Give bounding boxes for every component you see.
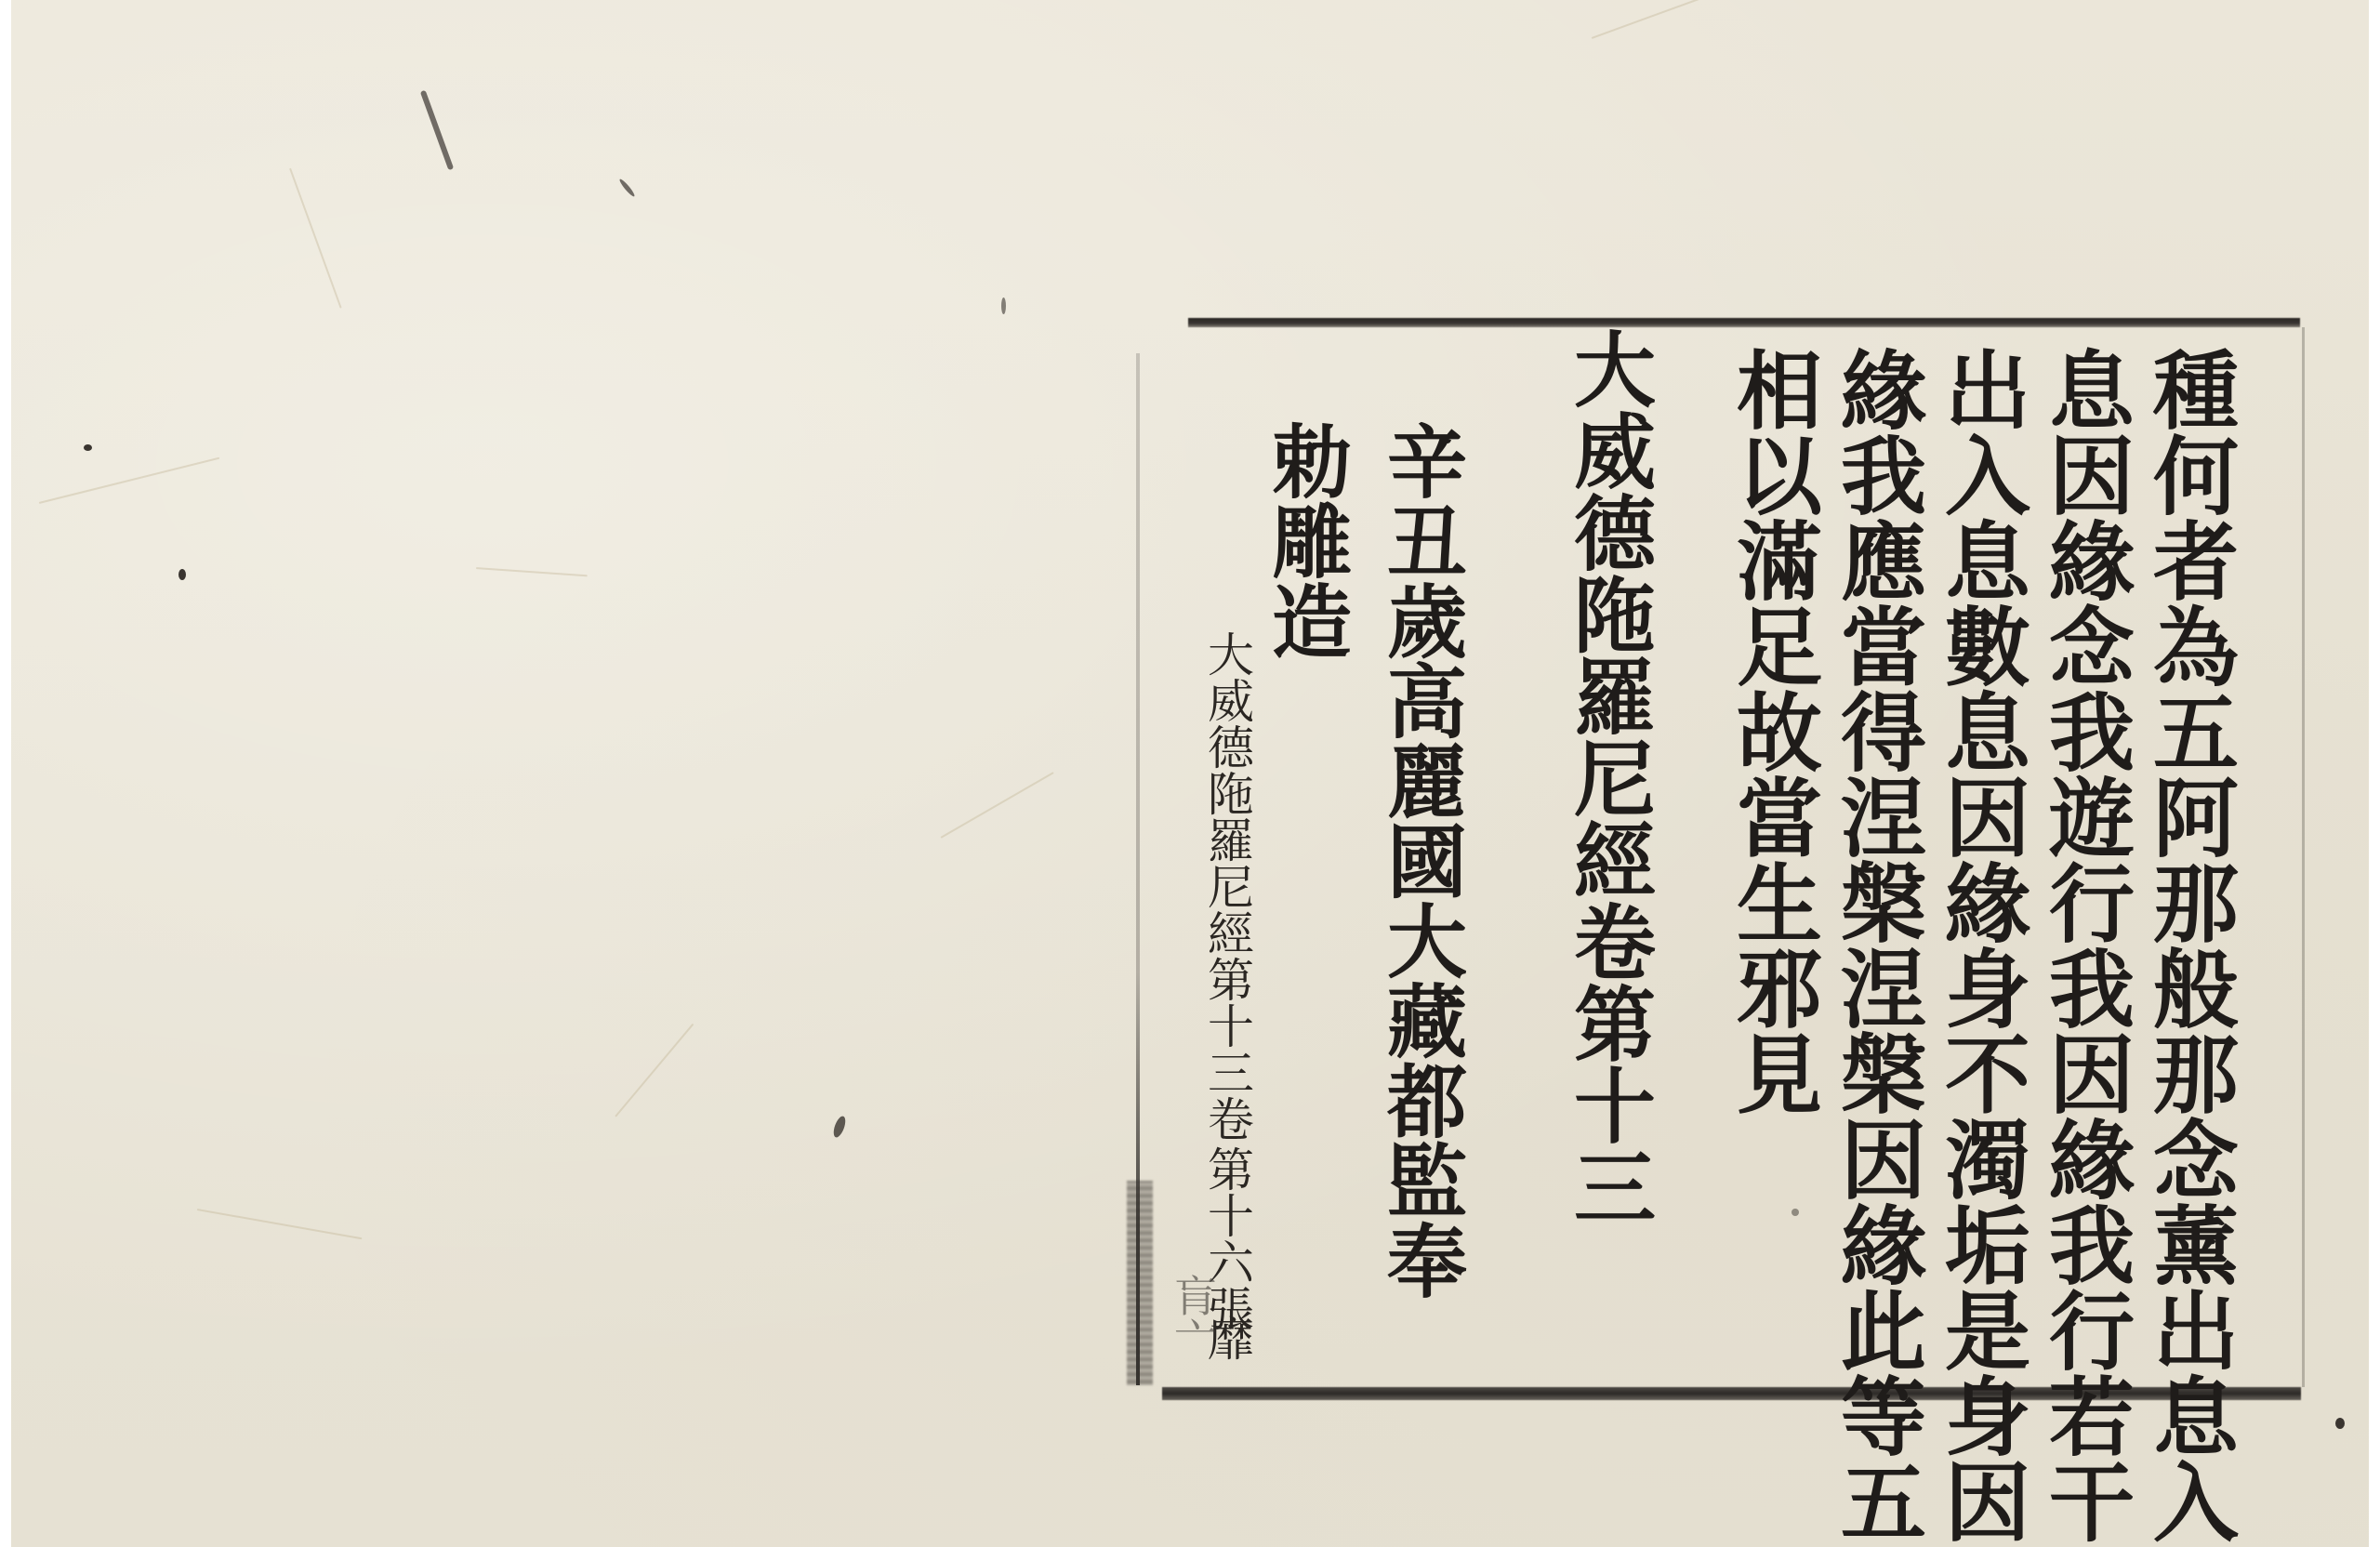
- paper-fiber: [941, 772, 1054, 839]
- margin-note-title: 大威德陁羅尼經第十三卷: [1199, 630, 1255, 1142]
- main-text-column-2: 息因緣念我遊行我因緣我行若干: [2034, 346, 2136, 1543]
- frame-right-border: [2302, 327, 2305, 1387]
- colophon-line-1: 辛丑歲高麗國大藏都監奉: [1368, 420, 1471, 1300]
- frame-top-border: [1188, 318, 2300, 327]
- paper-fiber: [39, 457, 220, 504]
- paper-fiber: [615, 1024, 694, 1117]
- ink-mark: [2335, 1418, 2345, 1429]
- ink-mark: [178, 569, 186, 580]
- paper-fiber: [289, 168, 342, 309]
- paper-fiber: [476, 567, 588, 576]
- end-title: 大威德陁羅尼經卷第十三: [1558, 327, 1660, 1227]
- ink-mark: [420, 90, 454, 171]
- ink-mark: [84, 444, 92, 451]
- ink-mark: [618, 178, 636, 198]
- paper-fiber: [1592, 0, 1784, 39]
- carver-mark: 肓亠: [1162, 1274, 1223, 1359]
- main-text-column-3: 出入息數息因緣身不濁垢是身因: [1930, 346, 2032, 1543]
- main-text-column-4: 緣我應當得涅槃涅槃因緣此等五: [1826, 346, 1928, 1543]
- ink-mark: [831, 1115, 848, 1139]
- ink-mark: [1001, 297, 1006, 314]
- ink-mark: [1792, 1209, 1799, 1216]
- paper-fiber: [197, 1209, 363, 1239]
- main-text-column-1: 種何者為五阿那般那念薰出息入: [2138, 346, 2241, 1543]
- frame-left-inked-edge: [1127, 1181, 1153, 1385]
- colophon-line-2: 勅雕造: [1253, 420, 1355, 660]
- main-text-column-5: 相以滿足故當生邪見: [1722, 346, 1824, 1116]
